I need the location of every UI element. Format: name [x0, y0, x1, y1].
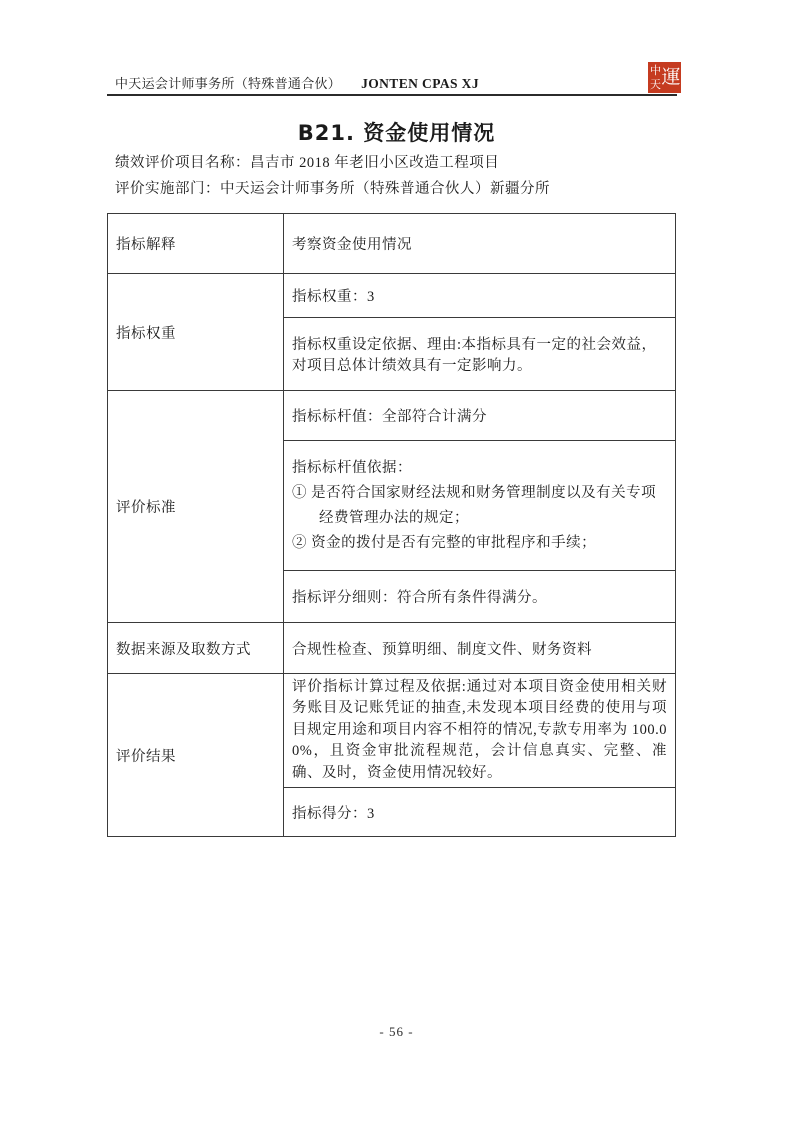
firm-name-cn: 中天运会计师事务所（特殊普通合伙）: [115, 76, 341, 91]
cell-evaluation-result-label: 评价结果: [108, 674, 284, 837]
cell-benchmark-value: 指标标杆值：全部符合计满分: [284, 391, 676, 441]
page-number: - 56 -: [0, 1024, 793, 1040]
cell-indicator-explanation-label: 指标解释: [108, 214, 284, 274]
seal-char-tian: 天: [650, 79, 661, 90]
cell-data-source-label: 数据来源及取数方式: [108, 623, 284, 674]
table-row: 评价结果 评价指标计算过程及依据:通过对本项目资金使用相关财务账目及记账凭证的抽…: [108, 674, 676, 788]
table-row: 评价标准 指标标杆值：全部符合计满分: [108, 391, 676, 441]
cell-indicator-weight-value: 指标权重：3: [284, 274, 676, 318]
seal-left-column: 中 天: [648, 62, 661, 93]
firm-name-en: JONTEN CPAS XJ: [361, 76, 479, 91]
table-row: 指标解释 考察资金使用情况: [108, 214, 676, 274]
meta-block: 绩效评价项目名称：昌吉市 2018 年老旧小区改造工程项目 评价实施部门：中天运…: [115, 150, 550, 202]
cell-scoring-rule: 指标评分细则：符合所有条件得满分。: [284, 571, 676, 623]
meta-project-line: 绩效评价项目名称：昌吉市 2018 年老旧小区改造工程项目: [115, 150, 550, 176]
benchmark-basis-title: 指标标杆值依据：: [292, 456, 667, 481]
cell-indicator-weight-basis: 指标权重设定依据、理由:本指标具有一定的社会效益，对项目总体计绩效具有一定影响力…: [284, 318, 676, 391]
cell-indicator-weight-label: 指标权重: [108, 274, 284, 391]
page-header: 中天运会计师事务所（特殊普通合伙）JONTEN CPAS XJ: [115, 73, 479, 92]
cell-indicator-explanation-value: 考察资金使用情况: [284, 214, 676, 274]
cell-benchmark-basis: 指标标杆值依据： ① 是否符合国家财经法规和财务管理制度以及有关专项经费管理办法…: [284, 441, 676, 571]
company-seal-logo: 中 天 運: [648, 62, 681, 93]
benchmark-basis-item-1: ① 是否符合国家财经法规和财务管理制度以及有关专项经费管理办法的规定；: [292, 481, 667, 531]
benchmark-basis-item-2: ② 资金的拨付是否有完整的审批程序和手续；: [292, 531, 667, 556]
cell-evaluation-result-calculation: 评价指标计算过程及依据:通过对本项目资金使用相关财务账目及记账凭证的抽查,未发现…: [284, 674, 676, 788]
seal-char-zhong: 中: [650, 65, 661, 76]
header-divider-rule: [107, 94, 677, 96]
cell-evaluation-criteria-label: 评价标准: [108, 391, 284, 623]
document-page: 中天运会计师事务所（特殊普通合伙）JONTEN CPAS XJ 中 天 運 B2…: [0, 0, 793, 1122]
seal-char-yun: 運: [661, 62, 681, 93]
meta-department-line: 评价实施部门：中天运会计师事务所（特殊普通合伙人）新疆分所: [115, 176, 550, 202]
cell-indicator-score: 指标得分：3: [284, 788, 676, 837]
indicator-table: 指标解释 考察资金使用情况 指标权重 指标权重：3 指标权重设定依据、理由:本指…: [107, 213, 676, 837]
page-title: B21. 资金使用情况: [0, 117, 793, 147]
table-row: 数据来源及取数方式 合规性检查、预算明细、制度文件、财务资料: [108, 623, 676, 674]
table-row: 指标权重 指标权重：3: [108, 274, 676, 318]
cell-data-source-value: 合规性检查、预算明细、制度文件、财务资料: [284, 623, 676, 674]
